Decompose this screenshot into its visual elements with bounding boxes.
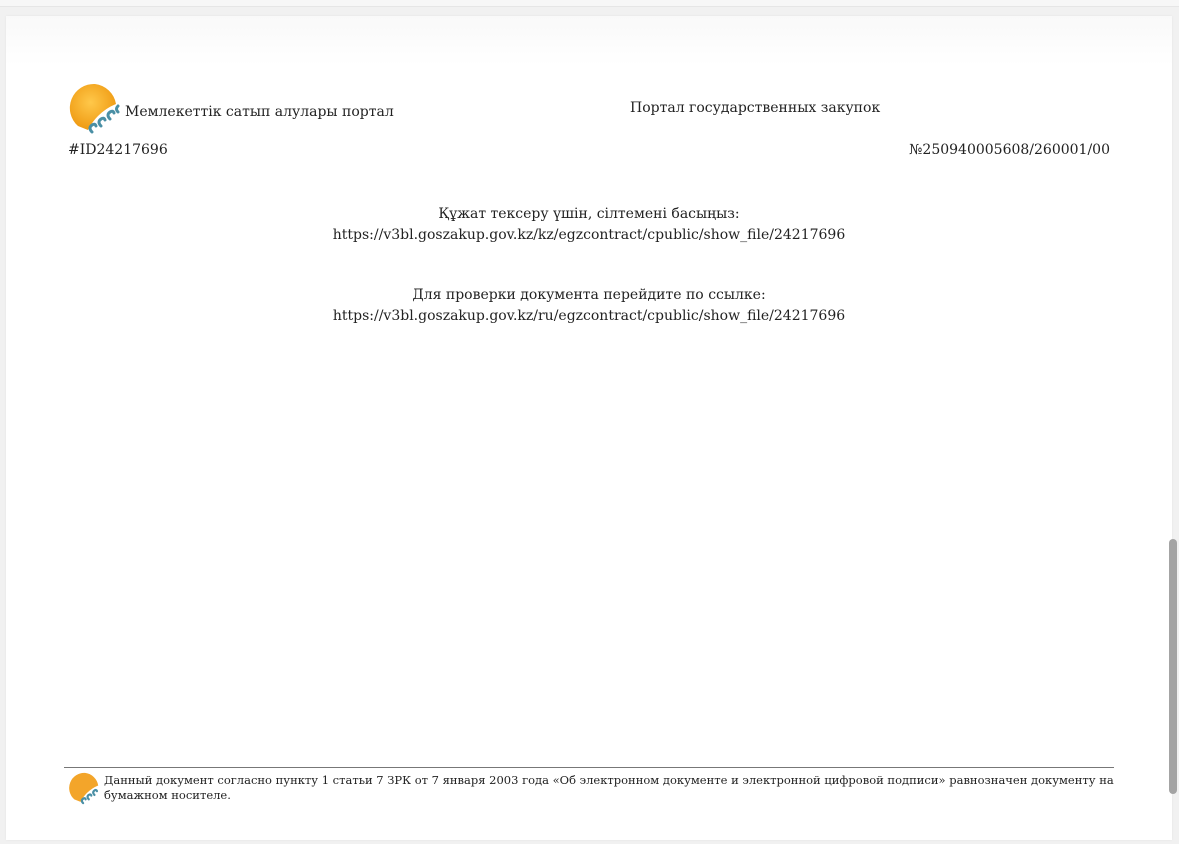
goszakup-logo-icon [68, 82, 122, 134]
verification-link-ru[interactable]: https://v3bl.goszakup.gov.kz/ru/egzcontr… [333, 308, 845, 324]
document-page: Мемлекеттік сатып алулары портал Портал … [6, 16, 1172, 840]
verification-label-kz: Құжат тексеру үшін, сілтемені басыңыз: [6, 204, 1172, 225]
scrollbar-thumb[interactable] [1169, 539, 1177, 794]
verification-block-ru: Для проверки документа перейдите по ссыл… [6, 285, 1172, 327]
contract-number: №250940005608/260001/00 [909, 142, 1110, 158]
document-id: #ID24217696 [68, 142, 168, 158]
verification-label-ru: Для проверки документа перейдите по ссыл… [6, 285, 1172, 306]
portal-name-ru: Портал государственных закупок [630, 100, 880, 116]
vertical-scrollbar[interactable] [1165, 16, 1179, 840]
verification-link-kz[interactable]: https://v3bl.goszakup.gov.kz/kz/egzcontr… [333, 227, 845, 243]
portal-name-kz: Мемлекеттік сатып алулары портал [125, 104, 394, 120]
viewer-top-strip [0, 0, 1179, 7]
footer-divider [64, 767, 1114, 768]
legal-notice: Данный документ согласно пункту 1 статьи… [104, 773, 1118, 803]
portal-header-kz: Мемлекеттік сатып алулары портал [68, 82, 394, 134]
footer: Данный документ согласно пункту 1 статьи… [68, 771, 1118, 805]
page-top-shade [6, 16, 1172, 66]
goszakup-logo-small-icon [68, 771, 102, 805]
verification-block-kz: Құжат тексеру үшін, сілтемені басыңыз: h… [6, 204, 1172, 246]
